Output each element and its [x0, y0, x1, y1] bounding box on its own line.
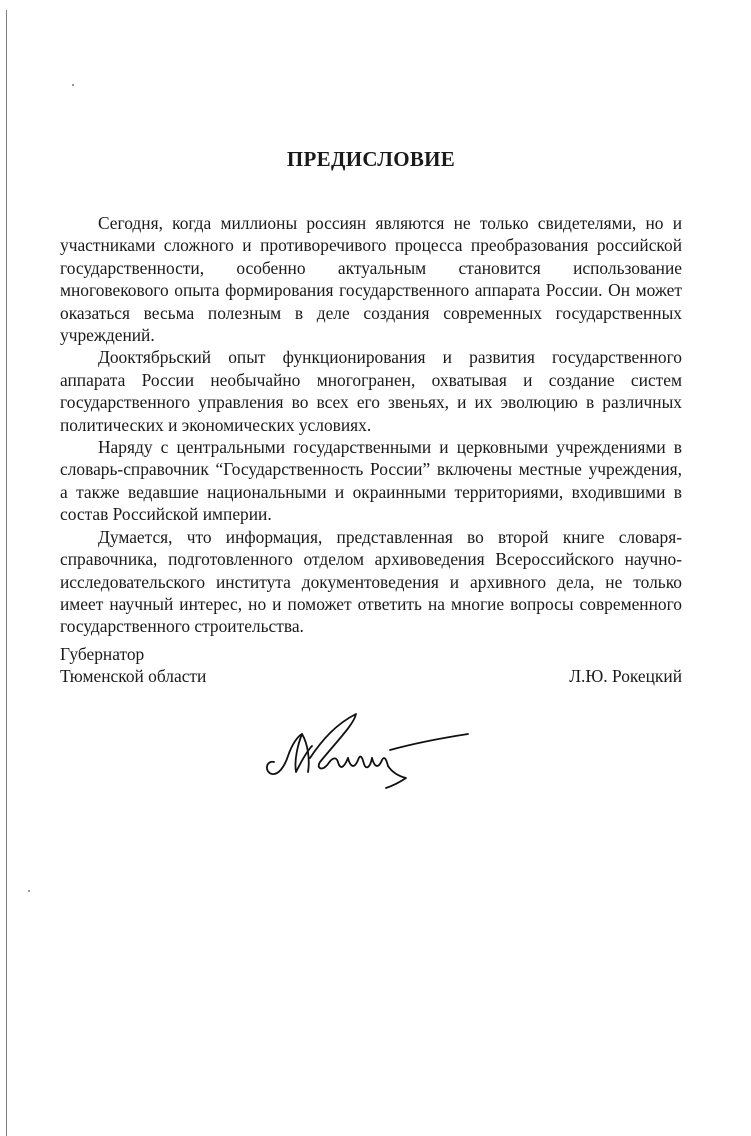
paragraph-1: Сегодня, когда миллионы россиян являются… [60, 212, 682, 346]
page-title: ПРЕДИСЛОВИЕ [60, 147, 682, 172]
signature-block: Губернатор Тюменской области Л.Ю. Рокецк… [60, 643, 682, 688]
signer-name: Л.Ю. Рокецкий [569, 665, 682, 687]
signer-position-line2: Тюменской области [60, 665, 206, 687]
signature-icon [262, 700, 482, 800]
scan-speck [28, 890, 30, 892]
scan-edge-line [6, 10, 7, 1136]
paragraph-3: Наряду с центральными государственными и… [60, 436, 682, 526]
preface-body: Сегодня, когда миллионы россиян являются… [60, 212, 682, 638]
paragraph-2: Дооктябрьский опыт функционирования и ра… [60, 346, 682, 436]
paragraph-4: Думается, что информация, представленная… [60, 526, 682, 638]
signer-position-line1: Губернатор [60, 643, 682, 665]
scan-speck [72, 84, 74, 86]
